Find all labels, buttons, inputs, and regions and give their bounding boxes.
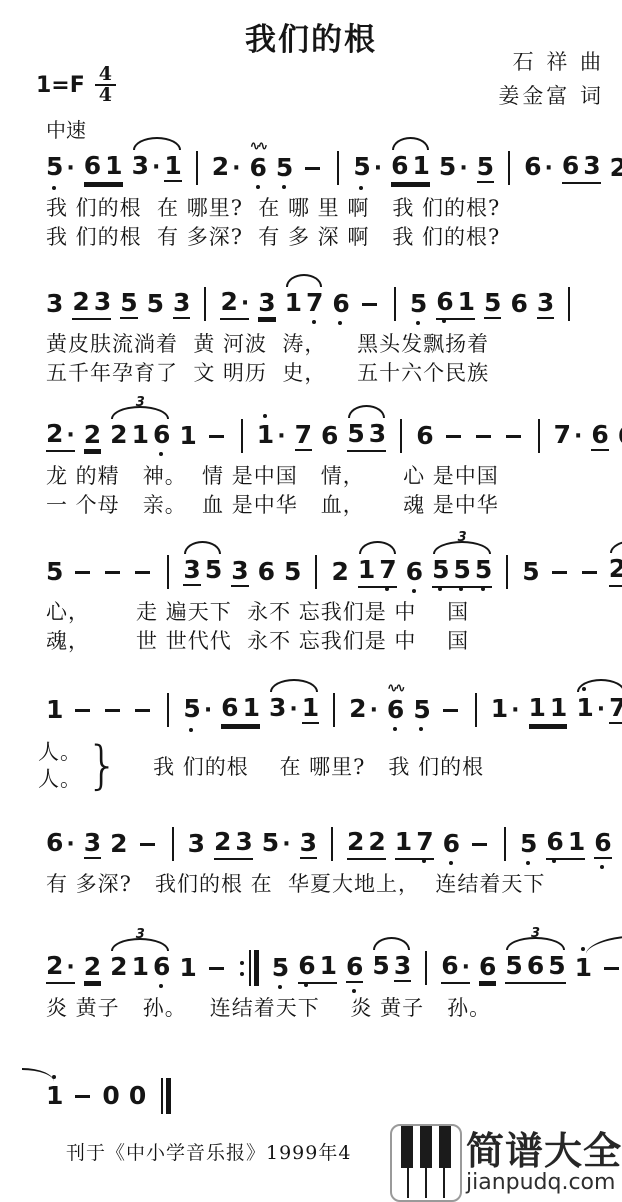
barline bbox=[475, 693, 477, 727]
note-number: 2 bbox=[46, 953, 63, 978]
time-signature: 4 4 bbox=[95, 66, 116, 104]
meter-denominator: 4 bbox=[99, 86, 112, 104]
note: ∿∿6 bbox=[250, 155, 267, 182]
tie-start-icon bbox=[584, 935, 622, 954]
note: 6 bbox=[591, 422, 608, 451]
duration-dash bbox=[446, 435, 461, 438]
note-number: 5 bbox=[120, 290, 137, 315]
note-number: 2 bbox=[110, 831, 127, 856]
note-number: 6 bbox=[441, 953, 458, 978]
notation-glyph: 5· bbox=[46, 154, 75, 183]
note: 7 bbox=[295, 422, 312, 451]
note-number: 3 bbox=[537, 290, 554, 315]
octave-dot-low bbox=[189, 728, 193, 732]
notation-glyph: 5 bbox=[413, 697, 430, 724]
octave-dot-low bbox=[282, 185, 286, 189]
notation-glyph: 1 bbox=[568, 829, 585, 856]
note: 5 bbox=[505, 953, 522, 980]
barline bbox=[331, 827, 333, 861]
tuplet-number: 3 bbox=[458, 530, 467, 545]
augmentation-dot: · bbox=[63, 955, 74, 980]
notation-glyph: 0 bbox=[129, 1083, 146, 1110]
notation-glyph: 5 bbox=[347, 421, 364, 448]
composer-credit: 石 祥 曲 bbox=[513, 46, 604, 76]
notation-glyph: 5 bbox=[147, 291, 164, 318]
note: 3 bbox=[94, 289, 111, 316]
notation-glyph: 6 bbox=[258, 559, 275, 586]
augmentation-dot: · bbox=[229, 156, 240, 181]
notation-glyph: 5 bbox=[520, 831, 537, 858]
barline bbox=[538, 419, 540, 453]
slur-group: 35 bbox=[183, 557, 222, 588]
notation-glyph: 3 bbox=[235, 829, 252, 856]
barline bbox=[172, 827, 174, 861]
notation-glyph: 1 bbox=[575, 955, 592, 982]
note: 3 bbox=[188, 831, 205, 858]
tuplet-number: 3 bbox=[136, 395, 145, 410]
notation-glyph: 5 bbox=[505, 953, 522, 980]
lyricist-credit: 姜金富 词 bbox=[498, 80, 604, 110]
notation-glyph: 2 bbox=[110, 831, 127, 858]
note: 6 bbox=[332, 291, 349, 318]
note-number: 5 bbox=[284, 559, 301, 584]
slur-arc-icon bbox=[392, 137, 429, 150]
notation-glyph: 53 bbox=[347, 421, 386, 452]
notation-glyph: 6 bbox=[546, 829, 563, 856]
notation-glyph: 6· bbox=[46, 830, 75, 859]
piano-keys-icon bbox=[390, 1124, 462, 1202]
notation-glyph: 1· bbox=[491, 696, 520, 725]
notation-glyph: 3 bbox=[231, 558, 248, 587]
notation-glyph: 3· bbox=[269, 695, 298, 724]
lyric-line: 我 们的根 有 多深? 有 多 深 啊 我 们的根? bbox=[0, 223, 622, 252]
note-number: 6 bbox=[594, 830, 611, 855]
notation-glyph: 1 bbox=[320, 953, 337, 980]
notation-glyph: 3 bbox=[258, 290, 275, 319]
notation-glyph: 2 bbox=[347, 829, 364, 856]
augmentation-dot: · bbox=[149, 155, 160, 180]
notation-glyph: 2 bbox=[84, 954, 101, 983]
notation-glyph: 6 bbox=[391, 153, 408, 180]
notation-glyph: 2 bbox=[331, 559, 348, 586]
notation-glyph: 7 bbox=[416, 829, 433, 856]
sheet-music-page: 我们的根 石 祥 曲 姜金富 词 1=F 4 4 中速 5·613·12·∿∿6… bbox=[0, 0, 622, 1202]
note: 1· bbox=[576, 695, 605, 724]
notation-glyph: 3· bbox=[132, 153, 161, 182]
notation-glyph: 3 bbox=[231, 558, 248, 587]
note: 3 bbox=[394, 953, 411, 982]
notation-glyph: 3 bbox=[188, 831, 205, 858]
notation-glyph: 3 bbox=[183, 557, 200, 586]
notation-glyph: 2 bbox=[214, 829, 231, 856]
duration-dash bbox=[209, 435, 224, 438]
notation-glyph: 3 bbox=[369, 421, 386, 448]
note: 5 bbox=[46, 559, 63, 586]
note-number: 5 bbox=[353, 154, 370, 179]
barline bbox=[506, 555, 508, 589]
note: 1 bbox=[575, 955, 592, 982]
note-number: 1 bbox=[358, 557, 375, 582]
notation-glyph: 5 bbox=[272, 955, 289, 982]
site-watermark: 简谱大全 jianpudq.com bbox=[386, 1124, 622, 1202]
notation-glyph: 5 bbox=[505, 953, 522, 980]
notation-glyph: 1 bbox=[105, 153, 122, 180]
notation-glyph: 3 bbox=[537, 290, 554, 319]
duration-dash bbox=[105, 571, 120, 574]
duration-dash bbox=[362, 303, 377, 306]
note-number: 2 bbox=[110, 422, 127, 447]
publication-note: 刊于《中小学音乐报》1999年4 bbox=[66, 1138, 351, 1165]
notation-glyph: 2 bbox=[84, 422, 101, 451]
notation-glyph: 6 bbox=[406, 559, 423, 586]
notation-glyph: 1 bbox=[285, 290, 302, 317]
lyric-line: 五千年孕育了 文 明历 史， 五十六个民族 bbox=[0, 359, 622, 388]
notation-glyph: 7· bbox=[554, 422, 583, 451]
slur-arc-icon bbox=[286, 274, 323, 287]
note: 2 bbox=[110, 831, 127, 858]
note: 1 bbox=[285, 290, 302, 317]
note-number: 1 bbox=[164, 153, 181, 178]
note-number: 2 bbox=[609, 556, 622, 581]
note: 6· bbox=[46, 830, 75, 859]
notation-glyph: 1 bbox=[413, 153, 430, 180]
octave-dot-low bbox=[312, 320, 316, 324]
notation-glyph: 3 bbox=[394, 953, 411, 982]
note-number: 1 bbox=[285, 290, 302, 315]
note-number: 5 bbox=[439, 154, 456, 179]
note-number: 3 bbox=[84, 830, 101, 855]
slur-group: 17 bbox=[285, 290, 324, 319]
note: 1 bbox=[243, 695, 260, 722]
notation-glyph: 5 bbox=[520, 831, 537, 858]
notation-glyph: 1 bbox=[243, 695, 260, 722]
notation-glyph: 7· bbox=[554, 422, 583, 451]
note-number: 7 bbox=[554, 422, 571, 447]
notation-glyph: 6 bbox=[562, 153, 579, 180]
beam-group: 61 bbox=[546, 829, 585, 860]
notation-glyph: 2· bbox=[220, 289, 249, 320]
octave-dot-high bbox=[263, 414, 267, 418]
note: 6 bbox=[527, 953, 544, 980]
notation-glyph: 1 bbox=[46, 1083, 63, 1110]
note-number: 1 bbox=[257, 422, 274, 447]
duration-dash bbox=[476, 435, 491, 438]
note-number: 2 bbox=[214, 829, 231, 854]
notation-glyph: 5 bbox=[432, 557, 449, 584]
note: 1 bbox=[302, 695, 319, 724]
notation-glyph: 6 bbox=[298, 953, 315, 980]
augmentation-dot: · bbox=[201, 698, 212, 723]
note: 7· bbox=[554, 422, 583, 451]
augmentation-dot: · bbox=[63, 423, 74, 448]
notation-glyph: 6 bbox=[298, 953, 315, 980]
note-number: 2 bbox=[610, 155, 622, 180]
note-number: 2 bbox=[84, 422, 101, 447]
lyric-line: 有 多深? 我们的根 在 华夏大地上， 连结着天下 bbox=[0, 870, 622, 899]
octave-dot-low bbox=[159, 984, 163, 988]
notation-glyph bbox=[240, 961, 244, 976]
notation-glyph: 5· bbox=[353, 154, 382, 183]
note-number: 5 bbox=[347, 421, 364, 446]
notation-glyph: 1· bbox=[576, 695, 605, 724]
note-number: 6 bbox=[524, 154, 541, 179]
note-number: 3 bbox=[132, 153, 149, 178]
note: 2· bbox=[46, 421, 75, 452]
notation-glyph: 2 bbox=[84, 422, 101, 451]
note: 6 bbox=[221, 695, 238, 722]
notation-glyph: 53 bbox=[372, 953, 411, 984]
note-number: 1 bbox=[302, 695, 319, 720]
slur-arc-icon bbox=[610, 540, 622, 553]
beam-group: 63 bbox=[562, 153, 601, 184]
notation-glyph: 1 bbox=[46, 1083, 63, 1110]
note-number: 5 bbox=[372, 953, 389, 978]
note: 2 bbox=[368, 829, 385, 856]
note-number: 7 bbox=[609, 695, 622, 720]
notation-glyph: 3 bbox=[258, 290, 275, 319]
notation-glyph: 216 bbox=[110, 954, 170, 983]
notation-glyph: 1 bbox=[395, 829, 412, 856]
note: 6 bbox=[84, 153, 101, 180]
notation-glyph: 3 bbox=[583, 153, 600, 180]
note: 3 bbox=[300, 830, 317, 859]
notation-glyph: 1 bbox=[302, 695, 319, 724]
notation-glyph: 5· bbox=[262, 830, 291, 859]
note-number: 6 bbox=[510, 291, 527, 316]
note: 1 bbox=[568, 829, 585, 856]
note: 6 bbox=[153, 954, 170, 981]
notation-glyph: 6 bbox=[591, 422, 608, 451]
note-number: 1 bbox=[413, 153, 430, 178]
notation-glyph: 2 bbox=[347, 829, 364, 856]
note-number: 5 bbox=[548, 953, 565, 978]
duration-dash bbox=[135, 709, 150, 712]
notation-glyph: 5 bbox=[484, 290, 501, 319]
note-number: 3 bbox=[173, 290, 190, 315]
note-number: 7 bbox=[306, 290, 323, 315]
note-number: 1 bbox=[568, 829, 585, 854]
note-number: 6 bbox=[153, 954, 170, 979]
meter-numerator: 4 bbox=[95, 66, 116, 86]
augmentation-dot: · bbox=[371, 156, 382, 181]
note-number: 1 bbox=[132, 422, 149, 447]
notation-glyph: 1 bbox=[132, 954, 149, 981]
notation-glyph: 2 bbox=[110, 422, 127, 449]
note: 3 bbox=[231, 558, 248, 587]
note-number: 5 bbox=[413, 697, 430, 722]
notation-glyph: 6 bbox=[346, 954, 363, 983]
octave-dot-low bbox=[256, 185, 260, 189]
notation-glyph: 5 bbox=[46, 559, 63, 586]
octave-dot-low bbox=[397, 183, 401, 187]
note: 5 bbox=[548, 953, 565, 980]
notation-glyph: 6 bbox=[153, 422, 170, 449]
duration-dash bbox=[443, 709, 458, 712]
note: 6 bbox=[510, 291, 527, 318]
notation-glyph: 555 bbox=[432, 557, 492, 588]
duration-dash bbox=[604, 967, 619, 970]
note: 6· bbox=[524, 154, 553, 183]
barline bbox=[241, 419, 243, 453]
note-number: 1 bbox=[46, 697, 63, 722]
notation-glyph: 3· bbox=[132, 153, 161, 182]
lyric-endings: 人。人。 bbox=[38, 739, 82, 793]
triplet-group: 2163 bbox=[110, 954, 170, 983]
triplet-group: 5653 bbox=[505, 953, 565, 984]
note-number: 7 bbox=[379, 557, 396, 582]
slur-group: 1·7 bbox=[576, 695, 622, 726]
lyric-line: 龙 的精 神。 情 是中国 情， 心 是中国 bbox=[0, 462, 622, 491]
duration-dash bbox=[75, 1095, 90, 1098]
note: 5 bbox=[272, 955, 289, 982]
triplet-group: 5553 bbox=[432, 557, 492, 588]
notation-glyph: 17 bbox=[358, 557, 397, 588]
notation-glyph: 61 bbox=[84, 153, 123, 184]
note-number: 5 bbox=[262, 830, 279, 855]
notation-glyph: 61 bbox=[436, 289, 475, 320]
notation-glyph: 2 bbox=[110, 954, 127, 981]
note: 2· bbox=[349, 696, 378, 725]
note-number: 5 bbox=[276, 155, 293, 180]
notation-line: 6·323235·322176561653 bbox=[0, 806, 622, 870]
slur-arc-icon bbox=[348, 405, 385, 418]
slur-arc-icon bbox=[184, 541, 221, 554]
note: 5 bbox=[284, 559, 301, 586]
notation-glyph: 1 bbox=[458, 289, 475, 316]
notation-glyph: 1· bbox=[257, 422, 286, 451]
notation-glyph: 2· bbox=[349, 696, 378, 725]
note: 1 bbox=[179, 955, 196, 982]
notation-glyph: 6 bbox=[84, 153, 101, 180]
duration-dash bbox=[552, 571, 567, 574]
barline bbox=[394, 287, 396, 321]
notation-glyph bbox=[240, 972, 244, 976]
note-number: 6 bbox=[332, 291, 349, 316]
beam-group: 61 bbox=[436, 289, 475, 320]
note-number: 6 bbox=[443, 831, 460, 856]
note: 3 bbox=[84, 830, 101, 859]
notation-glyph: 1 bbox=[179, 955, 196, 982]
notation-glyph: 1· bbox=[491, 696, 520, 725]
note: 0 bbox=[129, 1083, 146, 1110]
slur-arc-icon bbox=[270, 679, 318, 692]
notation-glyph: 1 bbox=[529, 695, 546, 722]
beam-group: 11 bbox=[529, 695, 568, 726]
note-number: 3 bbox=[235, 829, 252, 854]
tie-end-icon bbox=[22, 1068, 54, 1082]
music-system: 5·613·12·∿∿655·615·56·632我 们的根 在 哪里? 在 哪… bbox=[0, 130, 622, 252]
notation-glyph: 0 bbox=[102, 1083, 119, 1110]
notation-glyph: 7 bbox=[609, 695, 622, 724]
note: 6 bbox=[479, 954, 496, 983]
slur-arc-icon bbox=[577, 679, 622, 692]
note-number: 3 bbox=[188, 831, 205, 856]
note-number: 1 bbox=[105, 153, 122, 178]
slur-group: 3·1 bbox=[269, 695, 319, 726]
notation-glyph: 3 bbox=[46, 291, 63, 318]
note-number: 2 bbox=[110, 954, 127, 979]
octave-dot-low bbox=[90, 183, 94, 187]
notation-glyph: 7 bbox=[379, 557, 396, 584]
note-number: 3 bbox=[269, 695, 286, 720]
note-number: 1 bbox=[491, 696, 508, 721]
notation-glyph: 1 bbox=[46, 697, 63, 724]
triplet-group: 2163 bbox=[110, 422, 170, 451]
lyric-line: 心， 走 遍天下 永不 忘我们是 中 国 bbox=[0, 598, 622, 627]
slur-arc-icon bbox=[359, 541, 396, 554]
note: 2 bbox=[110, 422, 127, 449]
barline bbox=[568, 287, 570, 321]
note: 3 bbox=[235, 829, 252, 856]
note: 1 bbox=[320, 953, 337, 980]
notation-glyph: 3 bbox=[94, 289, 111, 316]
note-number: 1 bbox=[179, 423, 196, 448]
barline bbox=[333, 693, 335, 727]
notation-glyph: 6 bbox=[153, 954, 170, 981]
barline bbox=[400, 419, 402, 453]
note-number: 2 bbox=[212, 154, 229, 179]
augmentation-dot: · bbox=[456, 156, 467, 181]
lyric-line: 魂， 世 世代代 永不 忘我们是 中 国 bbox=[0, 627, 622, 656]
notation-line: 15·613·12·∿∿651·111·7 bbox=[0, 672, 622, 736]
notation-glyph bbox=[161, 1078, 163, 1114]
barline bbox=[508, 151, 510, 185]
notation-glyph: 6 bbox=[443, 831, 460, 858]
notation-glyph: 2 bbox=[610, 155, 622, 182]
notation-line: 2·2216311·765367·6653 bbox=[0, 398, 622, 462]
beam-group: 61 bbox=[221, 695, 260, 726]
note-number: 0 bbox=[102, 1083, 119, 1108]
notation-glyph: 5 bbox=[272, 955, 289, 982]
note: 6 bbox=[562, 153, 579, 180]
notation-glyph: 2· bbox=[212, 154, 241, 183]
octave-dot-low bbox=[526, 861, 530, 865]
note: 6 bbox=[391, 153, 408, 180]
slur-group: 3·1 bbox=[132, 153, 182, 184]
note: 6 bbox=[298, 953, 315, 980]
music-system: 5353652176555352·1心， 走 遍天下 永不 忘我们是 中 国魂，… bbox=[0, 534, 622, 656]
octave-dot-low bbox=[385, 587, 389, 591]
octave-dot-low bbox=[600, 865, 604, 869]
notation-glyph: 17 bbox=[285, 290, 324, 319]
music-system: 6·323235·322176561653有 多深? 我们的根 在 华夏大地上，… bbox=[0, 806, 622, 899]
note: 6 bbox=[258, 559, 275, 586]
notation-glyph: 5· bbox=[183, 696, 212, 725]
note: 5 bbox=[347, 421, 364, 448]
key-signature: 1=F 4 4 bbox=[36, 66, 116, 104]
note-number: 3 bbox=[183, 557, 200, 582]
octave-dot-low bbox=[459, 587, 463, 591]
note: 6 bbox=[436, 289, 453, 316]
duration-dash bbox=[209, 967, 224, 970]
music-system: 3235532·3176561563黄皮肤流淌着 黄 河波 涛， 黑头发飘扬着五… bbox=[0, 266, 622, 388]
notation-glyph: 5· bbox=[439, 154, 468, 183]
notation-glyph: 5· bbox=[46, 154, 75, 183]
notation-glyph: 3 bbox=[537, 290, 554, 319]
note-number: 3 bbox=[94, 289, 111, 314]
note-number: 0 bbox=[129, 1083, 146, 1108]
note-number: 2 bbox=[368, 829, 385, 854]
note: 3 bbox=[369, 421, 386, 448]
note-number: 1 bbox=[395, 829, 412, 854]
augmentation-dot: · bbox=[274, 424, 285, 449]
tuplet-number: 3 bbox=[136, 927, 145, 942]
note: 3 bbox=[583, 153, 600, 180]
octave-dot-low bbox=[52, 186, 56, 190]
note: 5 bbox=[453, 557, 470, 584]
note-number: 6 bbox=[153, 422, 170, 447]
notation-glyph: 1 bbox=[164, 153, 181, 182]
